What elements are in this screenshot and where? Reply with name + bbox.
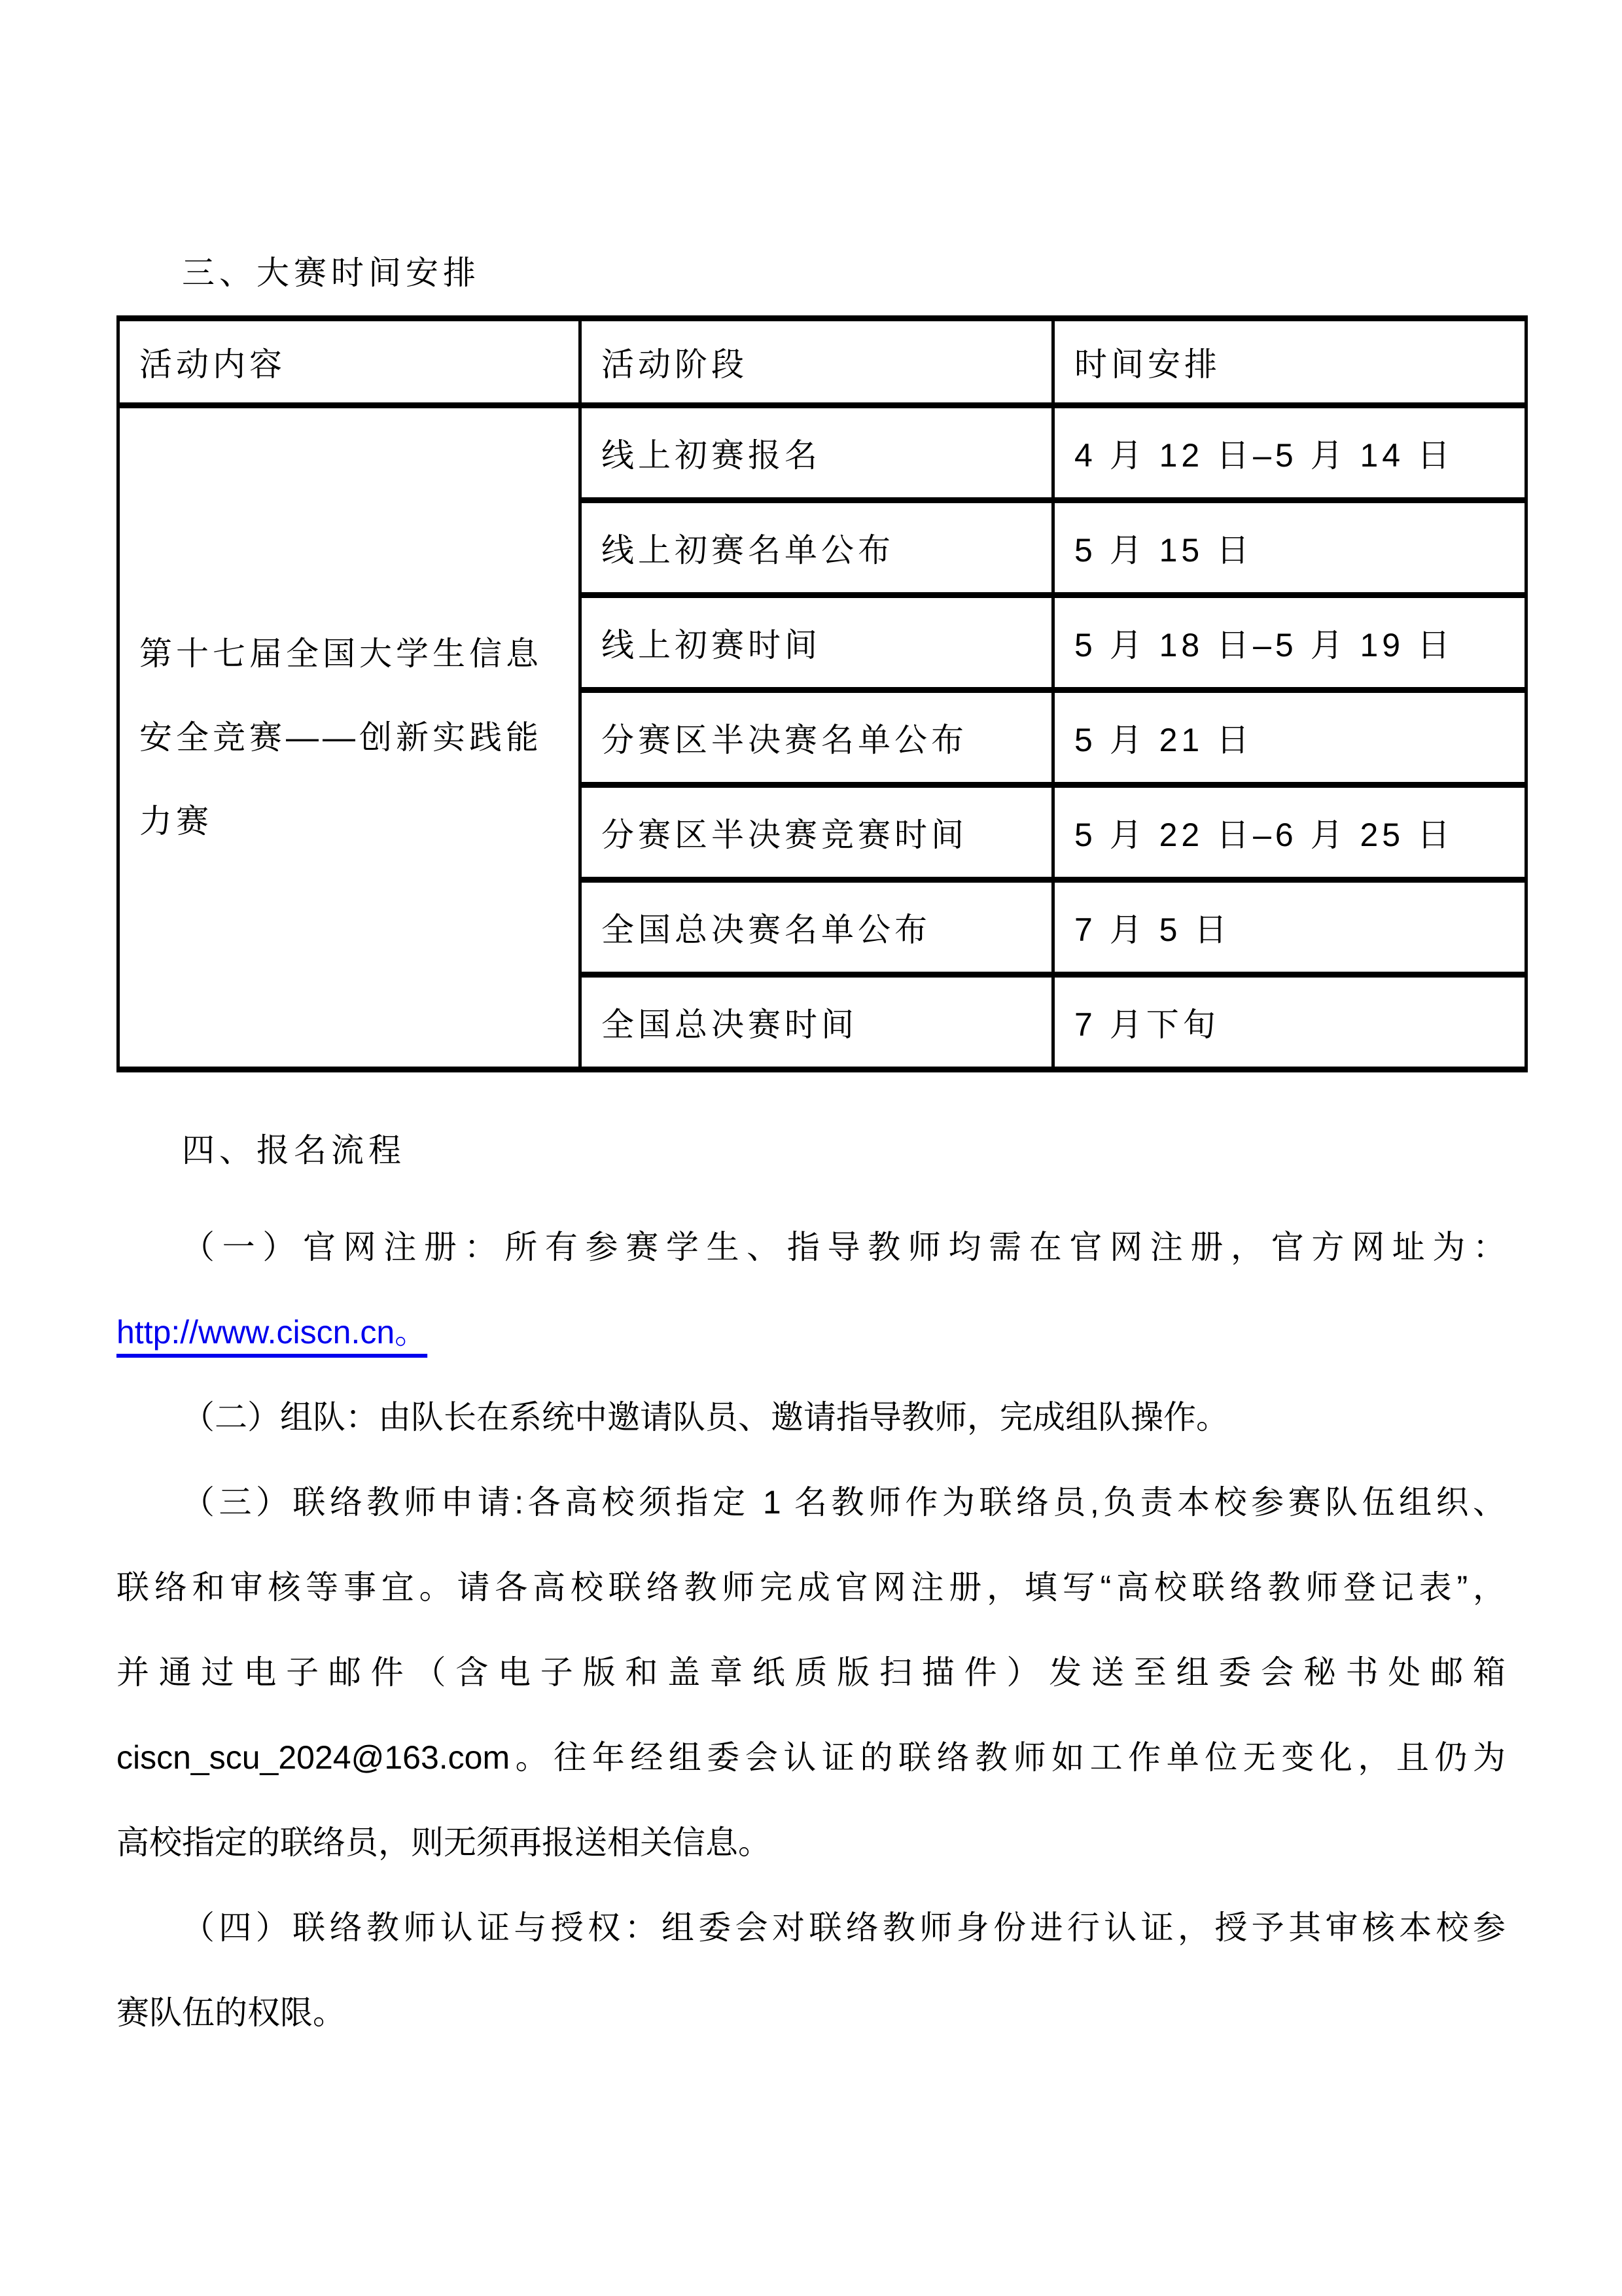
activity-line: 第十七届全国大学生信息 <box>139 612 572 696</box>
activity-line: 力赛 <box>139 779 572 863</box>
paragraph-team-formation: （二）组队：由队长在系统中邀请队员、邀请指导教师，完成组队操作。 <box>116 1375 1506 1460</box>
document-content: 三、大赛时间安排 活动内容 活动阶段 时间安排 第十七届全国大学生信息 安全竞赛 <box>0 230 1622 2055</box>
table-row: 第十七届全国大学生信息 安全竞赛——创新实践能 力赛 线上初赛报名 4 月 12… <box>118 406 1526 501</box>
stage-cell: 分赛区半决赛名单公布 <box>580 690 1053 785</box>
time-cell: 4 月 12 日–5 月 14 日 <box>1053 406 1526 501</box>
paragraph-line: ciscn_scu_2024@163.com。往年经组委会认证的联络教师如工作单… <box>116 1715 1506 1800</box>
table-header-row: 活动内容 活动阶段 时间安排 <box>118 319 1526 406</box>
paragraph-line: 联络和审核等事宜。请各高校联络教师完成官网注册，填写“高校联络教师登记表”， <box>116 1545 1506 1630</box>
column-header-activity-stage: 活动阶段 <box>580 319 1053 406</box>
paragraph-line: 赛队伍的权限。 <box>116 1970 1506 2055</box>
time-cell: 5 月 15 日 <box>1053 501 1526 595</box>
time-cell: 7 月 5 日 <box>1053 880 1526 975</box>
document-page: 三、大赛时间安排 活动内容 活动阶段 时间安排 第十七届全国大学生信息 安全竞赛 <box>0 0 1622 2296</box>
stage-cell: 线上初赛时间 <box>580 595 1053 690</box>
stage-cell: 线上初赛报名 <box>580 406 1053 501</box>
activity-content-cell: 第十七届全国大学生信息 安全竞赛——创新实践能 力赛 <box>118 406 580 1070</box>
section-heading-schedule: 三、大赛时间安排 <box>116 230 1506 315</box>
paragraph-line: 高校指定的联络员，则无须再报送相关信息。 <box>116 1800 1506 1885</box>
time-cell: 5 月 21 日 <box>1053 690 1526 785</box>
paragraph-line: （三）联络教师申请:各高校须指定 1 名教师作为联络员,负责本校参赛队伍组织、 <box>116 1460 1506 1545</box>
stage-cell: 全国总决赛时间 <box>580 975 1053 1070</box>
paragraph-line: （四）联络教师认证与授权：组委会对联络教师身份进行认证，授予其审核本校参 <box>116 1885 1506 1970</box>
column-header-activity-content: 活动内容 <box>118 319 580 406</box>
paragraph-liaison-teacher-application: （三）联络教师申请:各高校须指定 1 名教师作为联络员,负责本校参赛队伍组织、 … <box>116 1460 1506 1885</box>
time-cell: 7 月下旬 <box>1053 975 1526 1070</box>
official-website-link[interactable]: http://www.ciscn.cn。 <box>116 1314 427 1351</box>
schedule-table: 活动内容 活动阶段 时间安排 第十七届全国大学生信息 安全竞赛——创新实践能 力… <box>116 315 1528 1072</box>
stage-cell: 全国总决赛名单公布 <box>580 880 1053 975</box>
section-heading-registration: 四、报名流程 <box>116 1108 1506 1193</box>
paragraph-line: 并通过电子邮件（含电子版和盖章纸质版扫描件）发送至组委会秘书处邮箱 <box>116 1630 1506 1715</box>
time-cell: 5 月 18 日–5 月 19 日 <box>1053 595 1526 690</box>
paragraph-official-registration: （一）官网注册：所有参赛学生、指导教师均需在官网注册，官方网址为： http:/… <box>116 1205 1506 1375</box>
paragraph-line: http://www.ciscn.cn。 <box>116 1290 1506 1375</box>
column-header-time-arrangement: 时间安排 <box>1053 319 1526 406</box>
activity-line: 安全竞赛——创新实践能 <box>139 696 572 779</box>
paragraph-line: （二）组队：由队长在系统中邀请队员、邀请指导教师，完成组队操作。 <box>116 1375 1506 1460</box>
paragraph-liaison-teacher-authorization: （四）联络教师认证与授权：组委会对联络教师身份进行认证，授予其审核本校参 赛队伍… <box>116 1885 1506 2055</box>
paragraph-line: （一）官网注册：所有参赛学生、指导教师均需在官网注册，官方网址为： <box>116 1205 1506 1290</box>
time-cell: 5 月 22 日–6 月 25 日 <box>1053 785 1526 880</box>
stage-cell: 线上初赛名单公布 <box>580 501 1053 595</box>
stage-cell: 分赛区半决赛竞赛时间 <box>580 785 1053 880</box>
